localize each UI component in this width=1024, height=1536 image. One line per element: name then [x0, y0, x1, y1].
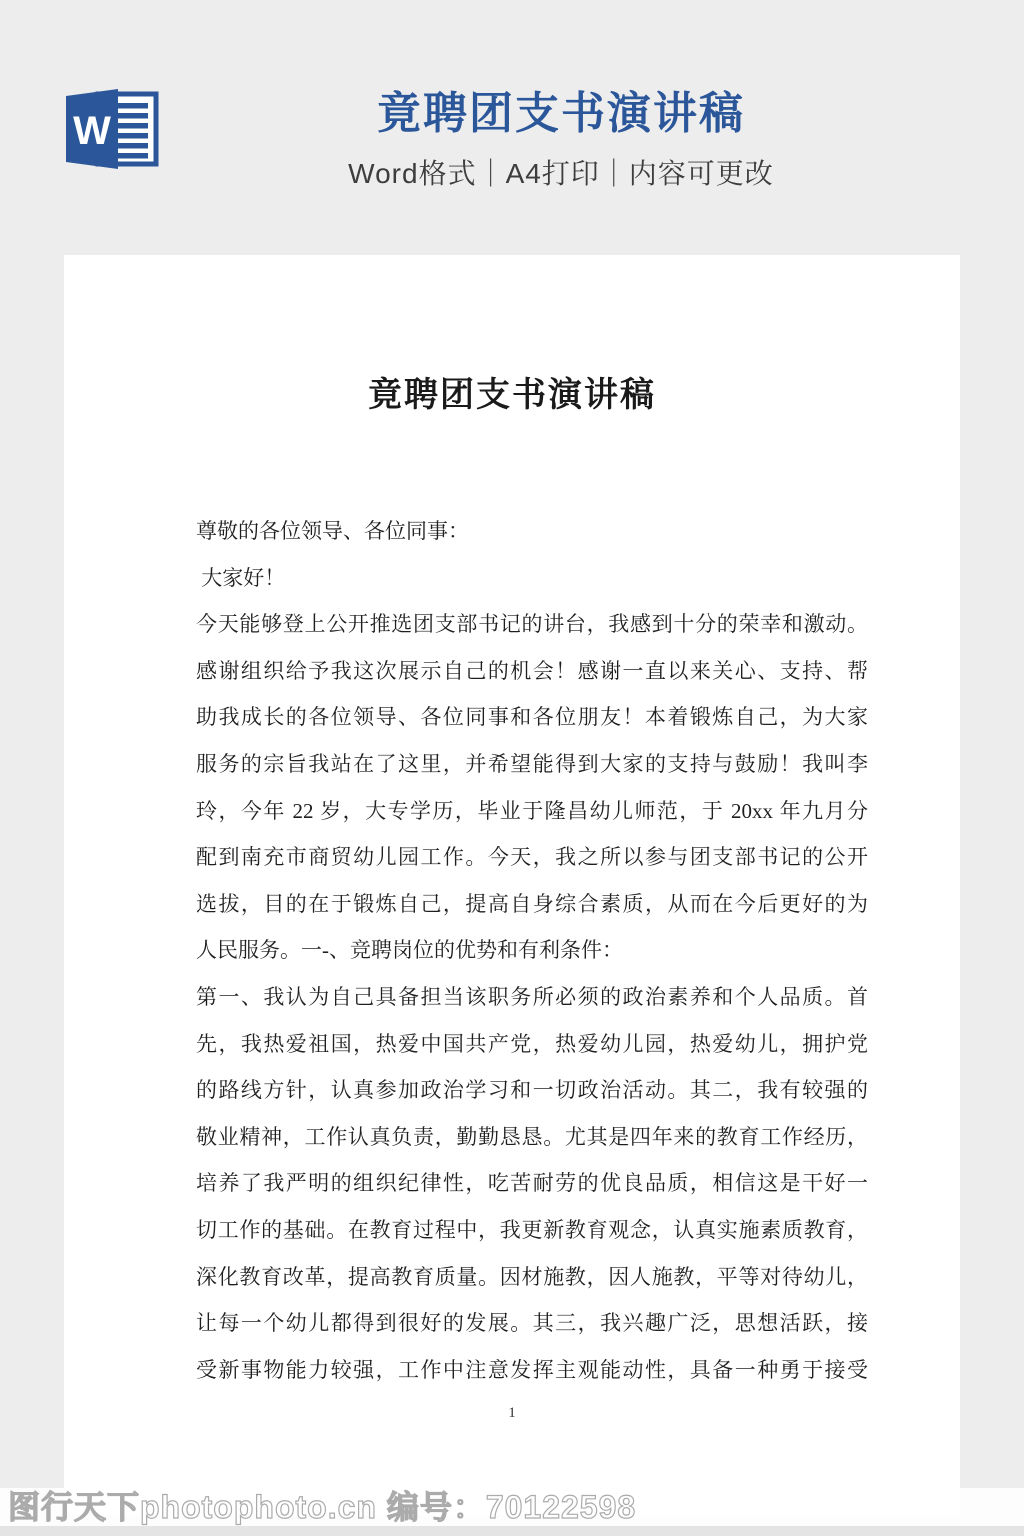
doc-line: 大家好！: [196, 555, 868, 602]
header: 竟聘团支书演讲稿 Word格式｜A4打印｜内容可更改: [0, 90, 1024, 192]
doc-line: 受新事物能力较强，工作中注意发挥主观能动性，具备一种勇于接受: [196, 1347, 868, 1394]
header-title: 竟聘团支书演讲稿: [98, 90, 1024, 138]
document-title: 竟聘团支书演讲稿: [64, 367, 960, 416]
doc-line: 人民服务。一-、竞聘岗位的优势和有利条件：: [196, 927, 868, 974]
doc-line: 助我成长的各位领导、各位同事和各位朋友！本着锻炼自己，为大家: [196, 694, 868, 741]
doc-line: 感谢组织给予我这次展示自己的机会！感谢一直以来关心、支持、帮: [196, 648, 868, 695]
doc-line: 今天能够登上公开推选团支部书记的讲台，我感到十分的荣幸和激动。: [196, 601, 868, 648]
header-subtitle: Word格式｜A4打印｜内容可更改: [98, 152, 1024, 192]
doc-line: 深化教育改革，提高教育质量。因材施教，因人施教，平等对待幼儿，: [196, 1254, 868, 1301]
doc-line: 玲，今年 22 岁，大专学历，毕业于隆昌幼儿师范，于 20xx 年九月分: [196, 788, 868, 835]
doc-line: 让每一个幼儿都得到很好的发展。其三，我兴趣广泛，思想活跃，接: [196, 1300, 868, 1347]
doc-line: 第一、我认为自己具备担当该职务所必须的政治素养和个人品质。首: [196, 974, 868, 1021]
watermark-bar: 图行天下photophoto.cn 编号：70122598: [0, 1488, 1024, 1526]
doc-line: 切工作的基础。在教育过程中，我更新教育观念，认真实施素质教育，: [196, 1207, 868, 1254]
doc-line: 尊敬的各位领导、各位同事：: [196, 508, 868, 555]
doc-line: 服务的宗旨我站在了这里，并希望能得到大家的支持与鼓励！我叫李: [196, 741, 868, 788]
document-body: 尊敬的各位领导、各位同事： 大家好！今天能够登上公开推选团支部书记的讲台，我感到…: [196, 508, 868, 1393]
watermark-text: 图行天下photophoto.cn 编号：70122598: [8, 1487, 636, 1527]
doc-line: 的路线方针，认真参加政治学习和一切政治活动。其二，我有较强的: [196, 1067, 868, 1114]
document-page: 竟聘团支书演讲稿 尊敬的各位领导、各位同事： 大家好！今天能够登上公开推选团支部…: [64, 255, 960, 1515]
doc-line: 配到南充市商贸幼儿园工作。今天，我之所以参与团支部书记的公开: [196, 834, 868, 881]
doc-line: 选拔，目的在于锻炼自己，提高自身综合素质，从而在今后更好的为: [196, 881, 868, 928]
doc-line: 先，我热爱祖国，热爱中国共产党，热爱幼儿园，热爱幼儿，拥护党: [196, 1021, 868, 1068]
page-number: 1: [64, 1405, 960, 1422]
template-preview: W 竟聘团支书演讲稿 Word格式｜A4打印｜内容可更改 竟聘团支书演讲稿 尊敬…: [0, 0, 1024, 1536]
doc-line: 培养了我严明的组织纪律性，吃苦耐劳的优良品质，相信这是干好一: [196, 1160, 868, 1207]
doc-line: 敬业精神，工作认真负责，勤勤恳恳。尤其是四年来的教育工作经历，: [196, 1114, 868, 1161]
bottom-strip: [0, 1526, 1024, 1536]
